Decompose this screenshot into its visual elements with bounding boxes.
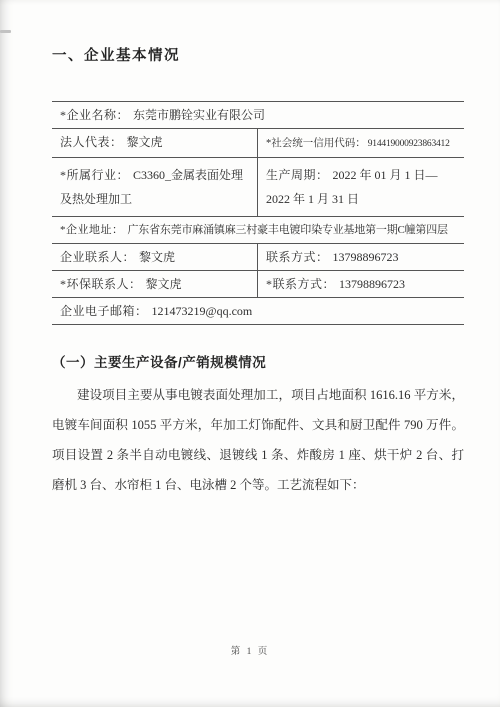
table-row-contact: 企业联系人：黎文虎 联系方式：13798896723 [52, 244, 464, 271]
field-label: 企业联系人： [60, 250, 135, 264]
body-paragraph: 建设项目主要从事电镀表面处理加工，项目占地面积 1616.16 平方米，电镀车间… [52, 380, 464, 500]
table-row-industry: *所属行业：C3360_金属表面处理及热处理加工 生产周期：2022 年 01 … [52, 158, 464, 217]
field-value: 13798896723 [333, 250, 399, 264]
table-cell: 法人代表：黎文虎 [52, 129, 258, 157]
table-cell: 生产周期：2022 年 01 月 1 日—2022 年 1 月 31 日 [258, 158, 464, 216]
table-cell: *企业名称：东莞市鹏铨实业有限公司 [52, 102, 464, 128]
field-value: 121473219@qq.com [152, 304, 253, 318]
table-cell: 企业电子邮箱：121473219@qq.com [52, 298, 464, 324]
table-row-legal-rep: 法人代表：黎文虎 *社会统一信用代码：914419000923863412 [52, 129, 464, 158]
table-row-company-name: *企业名称：东莞市鹏铨实业有限公司 [52, 102, 464, 129]
table-cell: *企业地址：广东省东莞市麻涌镇麻三村豪丰电镀印染专业基地第一期C幢第四层 [52, 217, 464, 243]
field-value: 广东省东莞市麻涌镇麻三村豪丰电镀印染专业基地第一期C幢第四层 [128, 224, 448, 236]
field-label: 企业电子邮箱： [60, 304, 148, 318]
table-cell: *联系方式：13798896723 [258, 271, 464, 297]
field-label: *环保联系人： [60, 277, 142, 291]
field-label: 联系方式： [266, 250, 329, 264]
page-content: 一、企业基本情况 *企业名称：东莞市鹏铨实业有限公司 法人代表：黎文虎 *社会统… [0, 0, 500, 500]
field-label: *企业地址： [60, 224, 124, 236]
table-cell: *环保联系人：黎文虎 [52, 271, 258, 297]
section-heading: （一）主要生产设备/产销规模情况 [52, 351, 464, 371]
scan-artifact-mark [0, 30, 11, 33]
field-value: 黎文虎 [139, 250, 175, 264]
page-title: 一、企业基本情况 [52, 44, 464, 65]
field-value: 东莞市鹏铨实业有限公司 [133, 108, 265, 122]
table-row-email: 企业电子邮箱：121473219@qq.com [52, 298, 464, 325]
field-value: 黎文虎 [146, 277, 182, 291]
field-value: 914419000923863412 [368, 139, 450, 149]
field-label: 生产周期： [266, 168, 329, 182]
table-cell: *所属行业：C3360_金属表面处理及热处理加工 [52, 158, 258, 216]
field-label: *联系方式： [266, 277, 335, 291]
table-row-address: *企业地址：广东省东莞市麻涌镇麻三村豪丰电镀印染专业基地第一期C幢第四层 [52, 217, 464, 244]
page-number: 第 1 页 [0, 643, 500, 657]
field-label: *社会统一信用代码： [266, 138, 366, 149]
table-cell: 联系方式：13798896723 [258, 244, 464, 270]
table-row-env-contact: *环保联系人：黎文虎 *联系方式：13798896723 [52, 271, 464, 298]
company-info-table: *企业名称：东莞市鹏铨实业有限公司 法人代表：黎文虎 *社会统一信用代码：914… [52, 101, 464, 325]
field-label: *企业名称： [60, 108, 129, 122]
field-label: 法人代表： [60, 135, 123, 149]
table-cell: 企业联系人：黎文虎 [52, 244, 258, 270]
field-label: *所属行业： [60, 168, 129, 182]
field-value: 13798896723 [339, 277, 405, 291]
table-cell: *社会统一信用代码：914419000923863412 [258, 129, 464, 157]
document-page: 一、企业基本情况 *企业名称：东莞市鹏铨实业有限公司 法人代表：黎文虎 *社会统… [0, 0, 500, 707]
field-value: 黎文虎 [127, 135, 163, 149]
